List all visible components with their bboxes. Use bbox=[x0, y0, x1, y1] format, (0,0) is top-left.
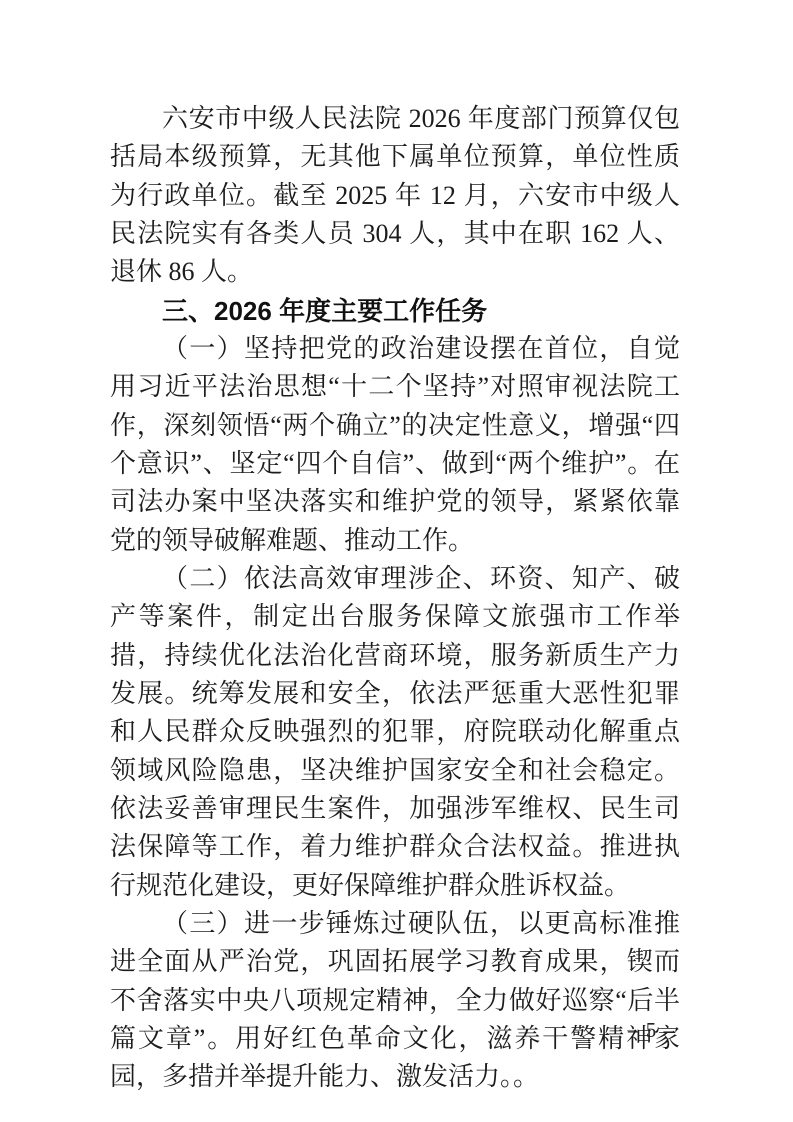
paragraph-budget-overview: 六安市中级人民法院 2026 年度部门预算仅包括局本级预算，无其他下属单位预算，… bbox=[110, 100, 680, 292]
section-heading-2026-main-tasks: 三、2026 年度主要工作任务 bbox=[110, 292, 680, 330]
paragraph-task-team-building: （三）进一步锤炼过硬队伍，以更高标准推进全面从严治党，巩固拓展学习教育成果，锲而… bbox=[110, 905, 680, 1097]
paragraph-task-case-handling: （二）依法高效审理涉企、环资、知产、破产等案件，制定出台服务保障文旅强市工作举措… bbox=[110, 560, 680, 905]
document-body: 六安市中级人民法院 2026 年度部门预算仅包括局本级预算，无其他下属单位预算，… bbox=[110, 100, 680, 1097]
paragraph-task-political-building: （一）坚持把党的政治建设摆在首位，自觉用习近平法治思想“十二个坚持”对照审视法院… bbox=[110, 330, 680, 560]
page-number: – 5 – bbox=[628, 1018, 675, 1042]
document-page: 六安市中级人民法院 2026 年度部门预算仅包括局本级预算，无其他下属单位预算，… bbox=[0, 0, 793, 1122]
